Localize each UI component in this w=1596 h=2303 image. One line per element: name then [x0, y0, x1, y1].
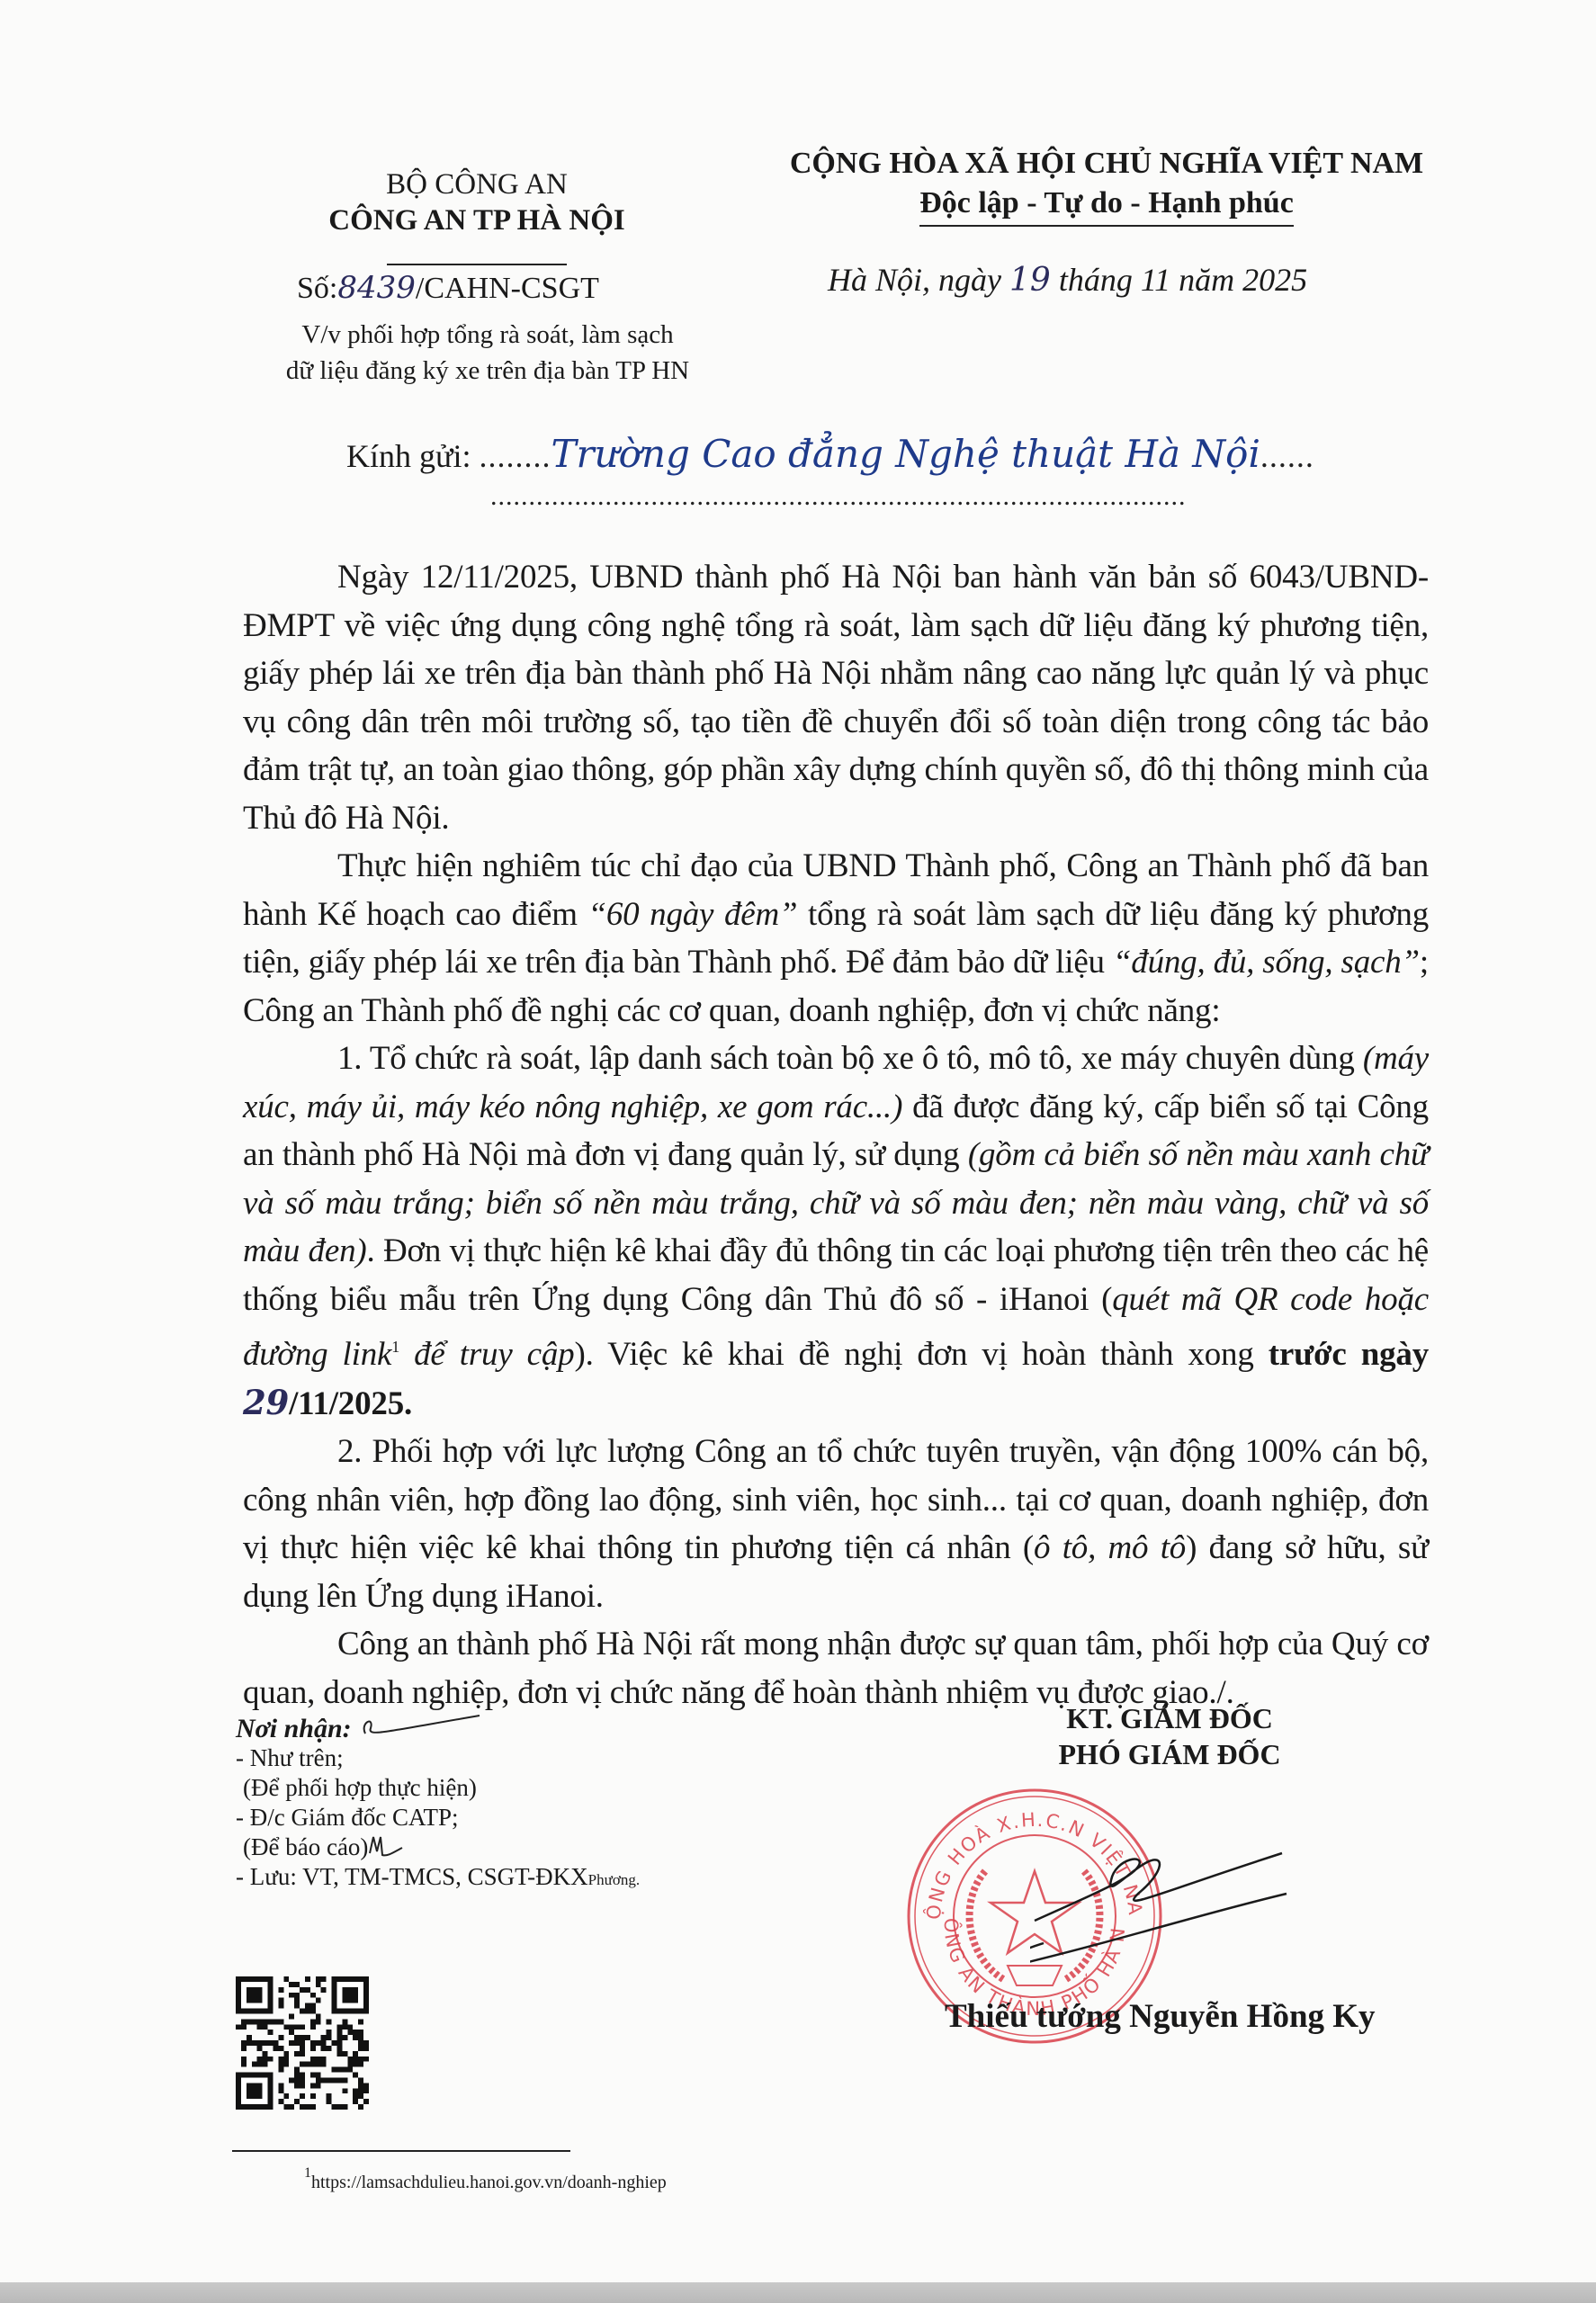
paragraph-2: Thực hiện nghiêm túc chỉ đạo của UBND Th… [243, 842, 1429, 1035]
qr-code-icon[interactable] [236, 1976, 369, 2110]
agency-underline [387, 264, 567, 265]
agency-name: CÔNG AN TP HÀ NỘI [243, 202, 711, 238]
issuing-agency-header: BỘ CÔNG AN CÔNG AN TP HÀ NỘI [243, 166, 711, 274]
scan-bottom-edge [0, 2282, 1596, 2303]
request-item-2: 2. Phối hợp với lực lượng Công an tổ chứ… [243, 1428, 1429, 1620]
recipient-line: (Để phối hợp thực hiện) [236, 1773, 740, 1803]
document-date: Hà Nội, ngày 19 tháng 11 năm 2025 [828, 261, 1307, 299]
handwritten-deadline-day: 29 [243, 1383, 289, 1422]
initial-mark-icon [358, 1714, 484, 1741]
footnote-ref: 1 [391, 1338, 399, 1356]
initial-mark-icon [368, 1835, 404, 1859]
footnote: 1https://lamsachdulieu.hanoi.gov.vn/doan… [304, 2165, 667, 2193]
addressee-dotted-line: ........................................… [490, 481, 1187, 512]
handwritten-signature-icon [1030, 1844, 1291, 1979]
request-item-1: 1. Tổ chức rà soát, lập danh sách toàn b… [243, 1035, 1429, 1428]
document-number: Số:8439/CAHN-CSGT [297, 270, 599, 306]
letter-body: Ngày 12/11/2025, UBND thành phố Hà Nội b… [243, 553, 1429, 1716]
signer-name: Thiếu tướng Nguyễn Hồng Ky [945, 1997, 1376, 2036]
addressee-label: Kính gửi: [346, 438, 480, 474]
recipient-line: - Đ/c Giám đốc CATP; [236, 1803, 740, 1833]
recipient-line: - Lưu: VT, TM-TMCS, CSGT-ĐKXPhương. [236, 1862, 740, 1895]
document-subject: V/v phối hợp tổng rà soát, làm sạch dữ l… [236, 317, 740, 389]
handwritten-day: 19 [1009, 262, 1051, 299]
handwritten-number: 8439 [337, 270, 416, 306]
footnote-url[interactable]: https://lamsachdulieu.hanoi.gov.vn/doanh… [311, 2173, 667, 2192]
drafter-name: Phương. [588, 1871, 640, 1888]
recipients-title: Nơi nhận: [236, 1714, 740, 1743]
recipient-line: - Như trên; [236, 1743, 740, 1773]
addressee-line: Kính gửi: ........Trường Cao đẳng Nghệ t… [346, 432, 1314, 476]
ministry-name: BỘ CÔNG AN [243, 166, 711, 202]
national-header: CỘNG HÒA XÃ HỘI CHỦ NGHĨA VIỆT NAM Độc l… [756, 144, 1457, 227]
paragraph-1: Ngày 12/11/2025, UBND thành phố Hà Nội b… [243, 553, 1429, 842]
footnote-divider [232, 2150, 570, 2152]
nation-name: CỘNG HÒA XÃ HỘI CHỦ NGHĨA VIỆT NAM [756, 144, 1457, 184]
signature-title: KT. GIÁM ĐỐC PHÓ GIÁM ĐỐC [967, 1700, 1372, 1772]
recipients-list: Nơi nhận: - Như trên; (Để phối hợp thực … [236, 1714, 740, 1895]
handwritten-recipient: Trường Cao đẳng Nghệ thuật Hà Nội [551, 432, 1260, 476]
national-motto: Độc lập - Tự do - Hạnh phúc [919, 184, 1294, 227]
recipient-line: (Để báo cáo) [236, 1833, 740, 1862]
